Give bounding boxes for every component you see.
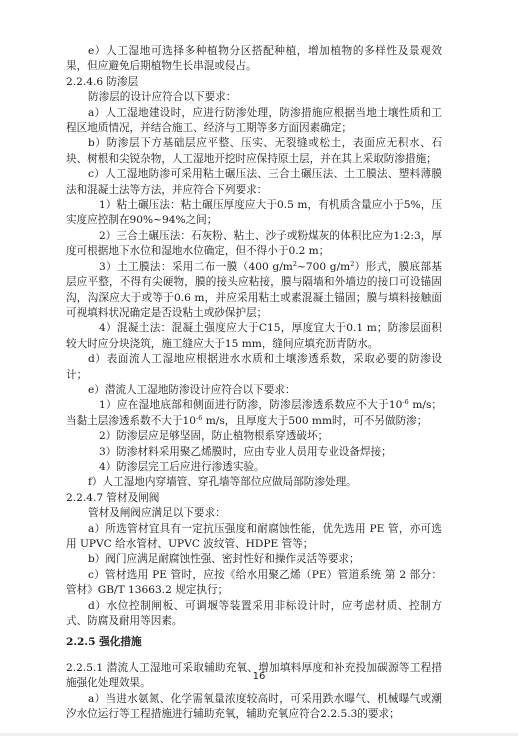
list-item-sturdy: 2）防渗层应足够坚固，防止植物根系穿透破坏；: [66, 429, 442, 444]
paragraph-e-seepage: e）潜流人工湿地防渗设计应符合以下要求：: [66, 383, 442, 398]
list-item-permeability: 1）应在湿地底部和侧面进行防渗，防渗层渗透系数应不大于10-6 m/s；当黏土层…: [66, 398, 442, 429]
document-page: e）人工湿地可选择多种植物分区搭配种植，增加植物的多样性及景观效果，但应避免后期…: [0, 0, 518, 733]
paragraph-e-plants: e）人工湿地可选择多种植物分区搭配种植，增加植物的多样性及景观效果，但应避免后期…: [66, 44, 442, 75]
paragraph-b-valves: b）阀门应满足耐腐蚀性强、密封性好和操作灵活等要求；: [66, 552, 442, 567]
list-item-welding: 3）防渗材料采用聚乙烯膜时，应由专业人员用专业设备焊接；: [66, 445, 442, 460]
page-content: e）人工湿地可选择多种植物分区搭配种植，增加植物的多样性及景观效果，但应避免后期…: [66, 44, 442, 722]
paragraph-c-seepage: c）人工湿地防渗可采用粘土碾压法、三合土碾压法、土工膜法、塑料薄膜法和混凝土法等…: [66, 167, 442, 198]
list-item-concrete: 4）混凝土法：混凝土强度应大于C15，厚度宜大于0.1 m；防渗层面积较大时应分…: [66, 321, 442, 352]
paragraph-b-seepage: b）防渗层下方基础层应平整、压实、无裂缝或松土，表面应无积水、石块、树根和尖锐杂…: [66, 136, 442, 167]
paragraph-f-seepage: f）人工湿地内穿墙管、穿孔墙等部位应做局部防渗处理。: [66, 475, 442, 490]
paragraph-c-pipes: c）管材选用 PE 管时，应按《给水用聚乙烯（PE）管道系统 第 2 部分：管材…: [66, 568, 442, 599]
list-item-geomembrane: 3）土工膜法：采用二布一膜（400 g/m2~700 g/m2）形式，膜底部基层…: [66, 260, 442, 322]
section-heading-2-2-4-7: 2.2.4.7 管材及闸阀: [66, 491, 442, 506]
paragraph-a-seepage: a）人工湿地建设时，应进行防渗处理，防渗措施应根据当地土壤性质和工程区地质情况，…: [66, 106, 442, 137]
list-item-trinity-compaction: 2）三合土碾压法：石灰粉、粘土、沙子或粉煤灰的体积比应为1:2:3，厚度可根据地…: [66, 229, 442, 260]
list-item-clay-compaction: 1）粘土碾压法：粘土碾压厚度应大于0.5 m，有机质含量应小于5%，压实度应控制…: [66, 198, 442, 229]
paragraph-d-seepage: d）表面流人工湿地应根据进水水质和土壤渗透系数，采取必要的防渗设计；: [66, 352, 442, 383]
paragraph-intro-seepage: 防渗层的设计应符合以下要求：: [66, 90, 442, 105]
section-heading-2-2-4-6: 2.2.4.6 防渗层: [66, 75, 442, 90]
paragraph-a-aeration: a）当进水氨氮、化学需氧量浓度较高时，可采用跌水曝气、机械曝气或潮汐水位运行等工…: [66, 692, 442, 723]
list-item-test: 4）防渗层完工后应进行渗透实验。: [66, 460, 442, 475]
spacer: [66, 651, 442, 661]
paragraph-d-gates: d）水位控制闸板、可调堰等装置采用非标设计时，应考虑材质、控制方式、防腐及耐用等…: [66, 599, 442, 630]
section-heading-2-2-5: 2.2.5 强化措施: [66, 635, 442, 650]
page-number: 16: [0, 671, 518, 682]
paragraph-a-pipes: a）所选管材宜具有一定抗压强度和耐腐蚀性能，优先选用 PE 管，亦可选用 UPV…: [66, 522, 442, 553]
paragraph-intro-pipes: 管材及闸阀应满足以下要求：: [66, 506, 442, 521]
